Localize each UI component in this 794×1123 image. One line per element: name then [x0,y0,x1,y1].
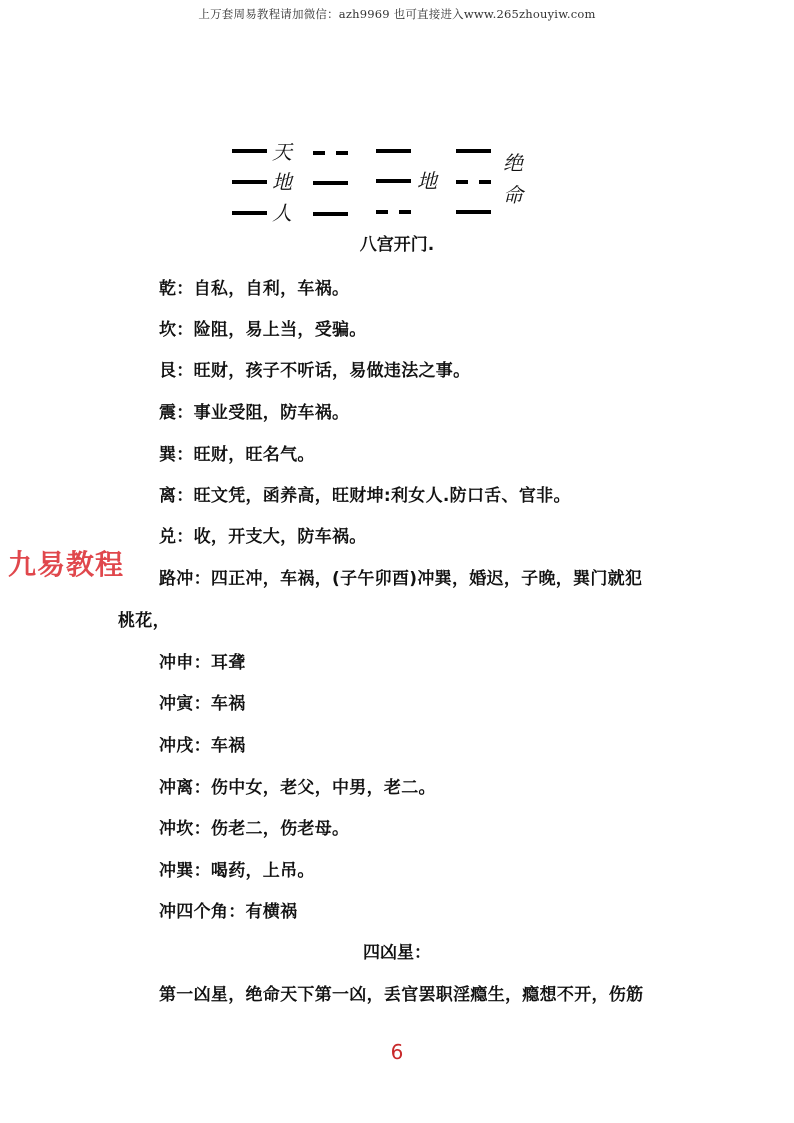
hexagram-diagram: 天 地 人 地 绝 命 [0,0,794,230]
watermark-logo: 九易教程 [8,543,124,583]
yin-line [313,151,348,155]
label-ming: 命 [503,182,525,208]
yang-line [313,212,348,216]
label-jue: 绝 [503,150,525,176]
label-tian: 天 [272,142,292,162]
paragraph-zhen: 震：事业受阻，防车祸。 [159,398,349,423]
yang-line [376,149,411,153]
paragraph-chong-kan: 冲坎：伤老二，伤老母。 [159,814,349,839]
yin-line [376,210,411,214]
paragraph-chong-xu: 冲戌：车祸 [159,731,246,756]
label-di-2: 地 [417,171,437,191]
page-number: 6 [0,1040,794,1064]
paragraph-kan: 坎：险阻，易上当，受骗。 [159,315,367,340]
yang-line [232,149,267,153]
section-heading-sixiongxing: 四凶星： [0,938,794,963]
paragraph-chong-xun: 冲巽：喝药，上吊。 [159,856,315,881]
paragraph-li: 离：旺文凭，函养高，旺财坤:利女人.防口舌、官非。 [159,481,571,506]
paragraph-diyi-xiongxing: 第一凶星，绝命天下第一凶，丢官罢职淫瘾生，瘾想不开，伤筋 [159,980,643,1005]
paragraph-dui: 兑：收，开支大，防车祸。 [159,522,367,547]
paragraph-chong-yin: 冲寅：车祸 [159,689,246,714]
paragraph-qian: 乾：自私，自利，车祸。 [159,274,349,299]
label-ren: 人 [272,203,292,223]
paragraph-chong-li: 冲离：伤中女，老父，中男，老二。 [159,773,436,798]
paragraph-luchong: 路冲：四正冲，车祸，(子午卯酉)冲巽，婚迟，子晚，巽门就犯 [159,564,642,589]
yang-line [232,180,267,184]
yang-line [456,210,491,214]
label-di: 地 [272,172,292,192]
yang-line [232,211,267,215]
section-title-bagong-kaimen: 八宫开门. [0,230,794,255]
paragraph-chong-shen: 冲申：耳聋 [159,648,246,673]
paragraph-xun: 巽：旺财，旺名气。 [159,440,315,465]
yang-line [376,179,411,183]
yin-line [456,180,491,184]
paragraph-chong-sigejiao: 冲四个角：有横祸 [159,897,297,922]
yang-line [313,181,348,185]
yang-line [456,149,491,153]
paragraph-luchong-continued: 桃花， [118,606,170,631]
paragraph-gen: 艮：旺财，孩子不听话，易做违法之事。 [159,356,470,381]
